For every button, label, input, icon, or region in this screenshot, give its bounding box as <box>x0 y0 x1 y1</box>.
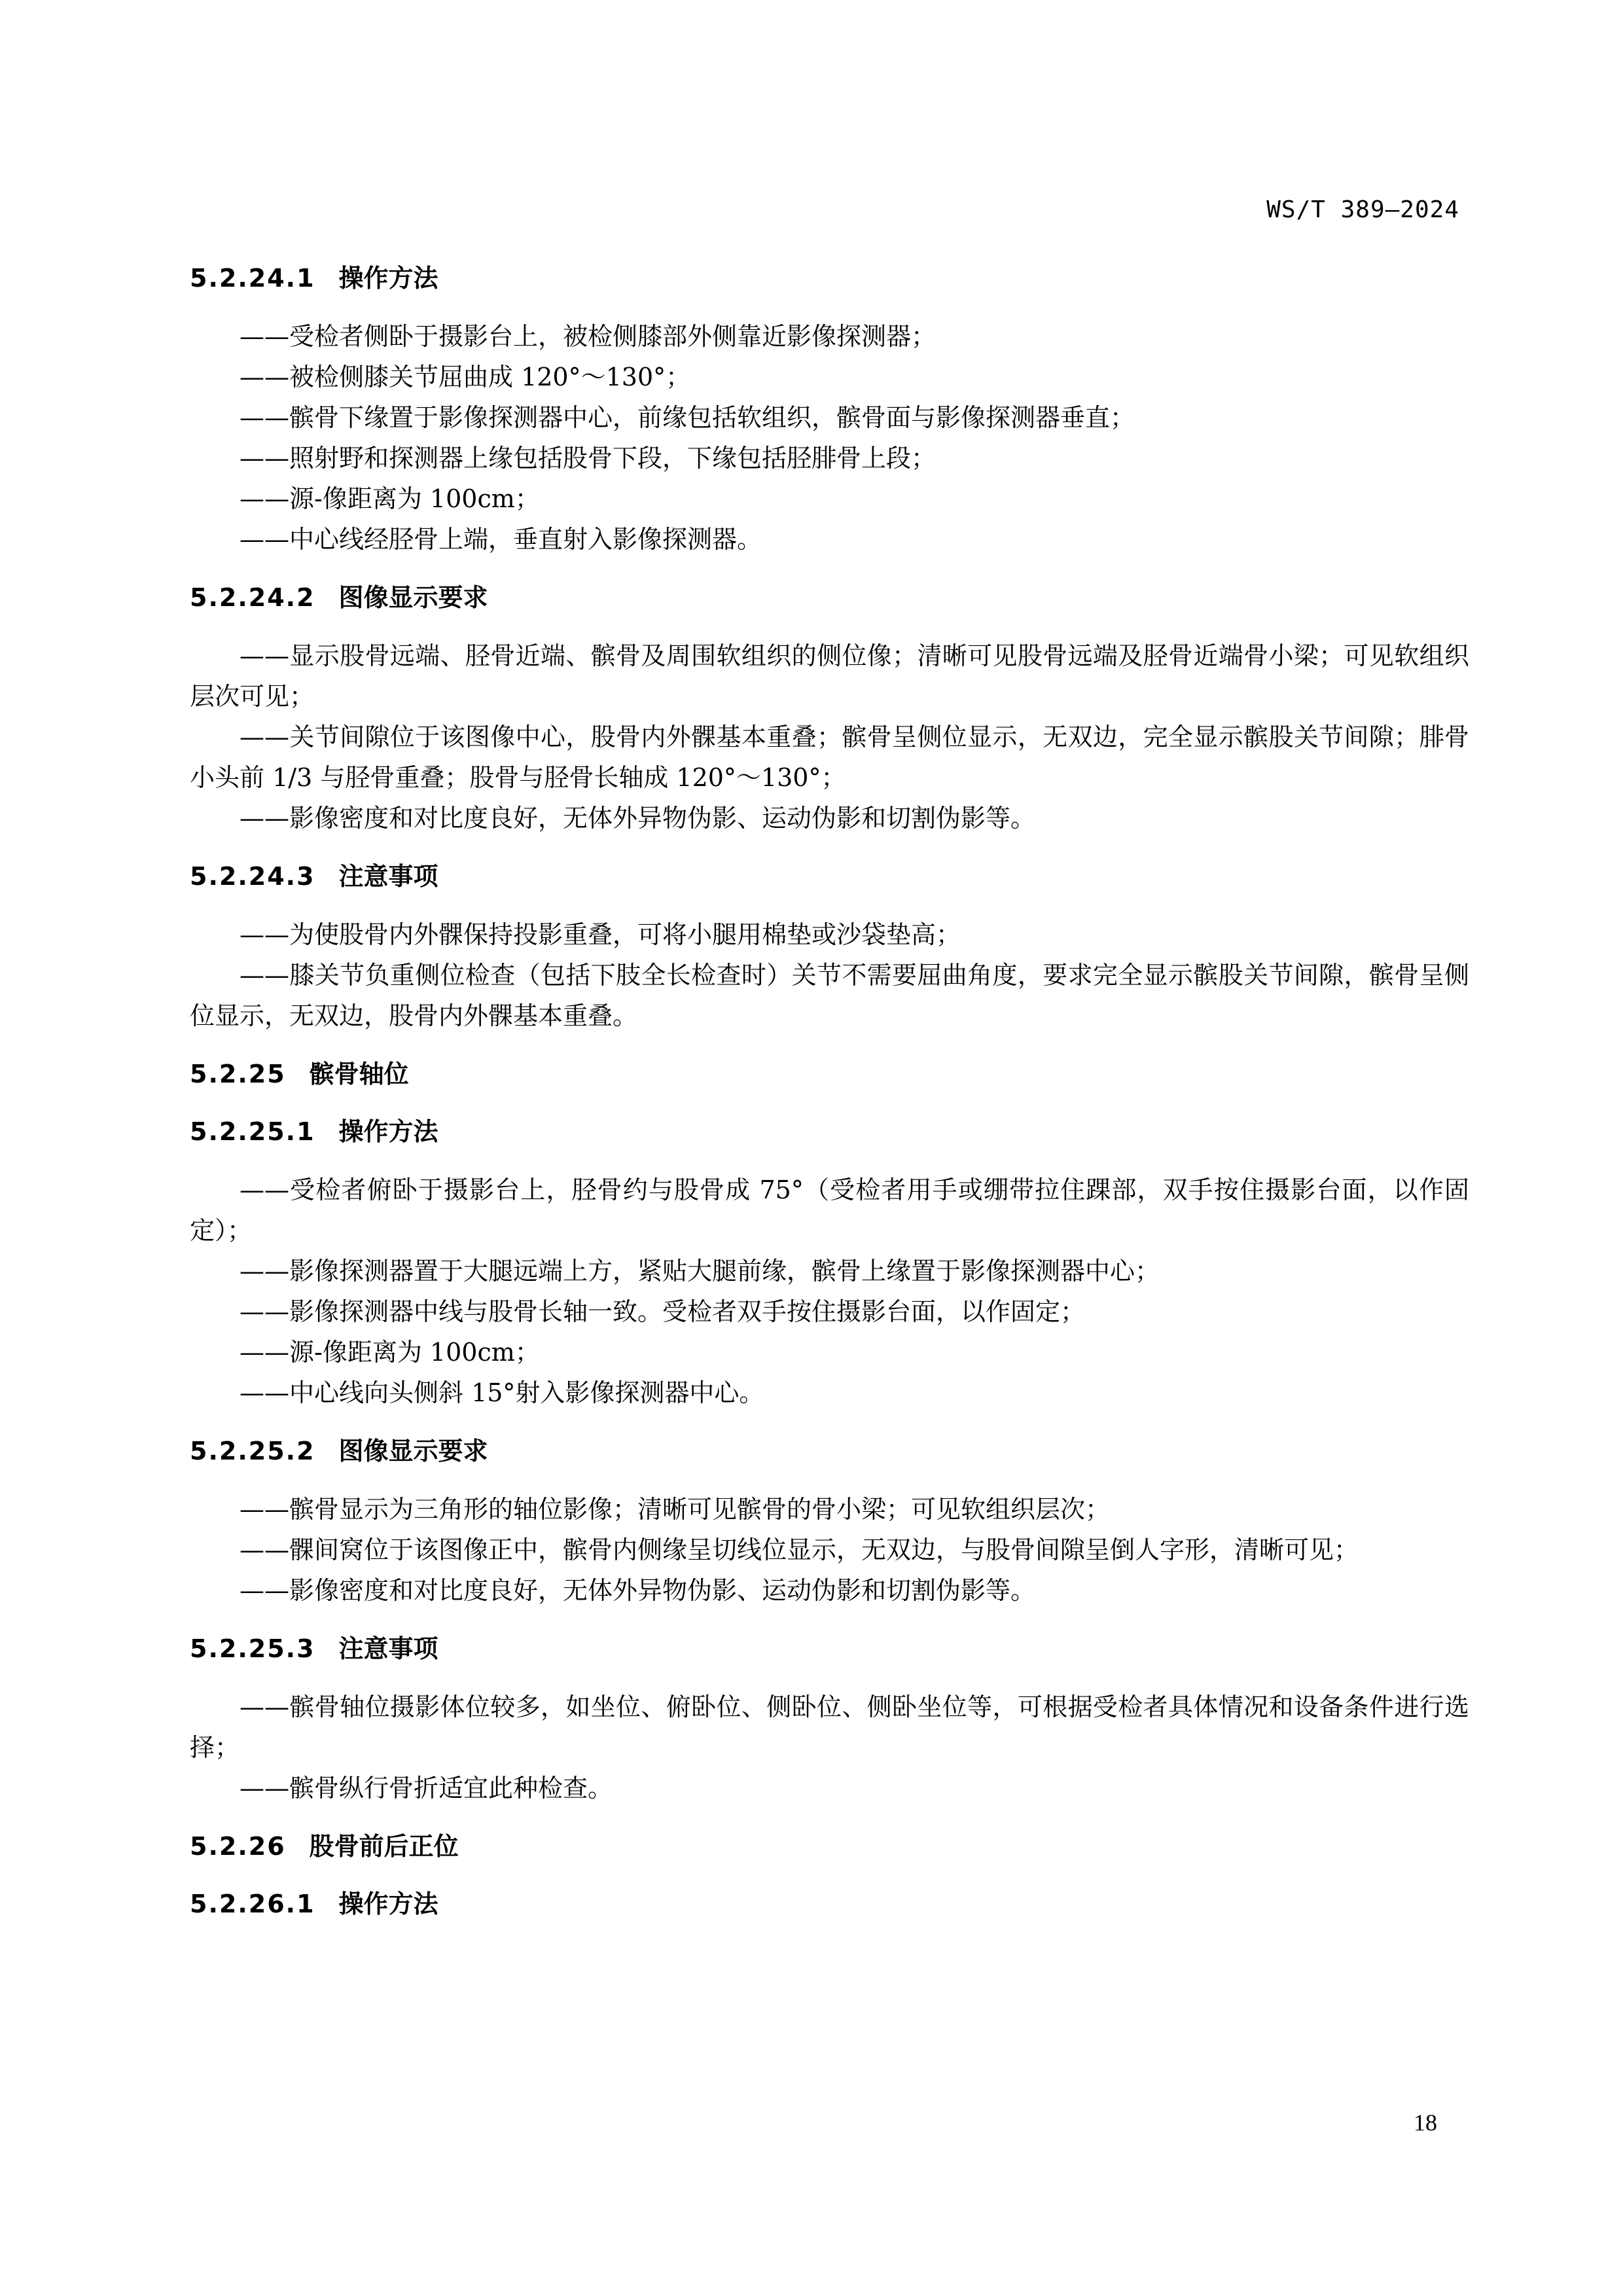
section-heading: 5.2.24.1 操作方法 <box>190 259 1469 298</box>
list-item: ——髁间窝位于该图像正中，髌骨内侧缘呈切线位显示，无双边，与股骨间隙呈倒人字形，… <box>190 1530 1469 1570</box>
list-item: ——膝关节负重侧位检查（包括下肢全长检查时）关节不需要屈曲角度，要求完全显示髌股… <box>190 955 1469 1036</box>
section-heading: 5.2.24.2 图像显示要求 <box>190 578 1469 617</box>
page-number: 18 <box>1414 2109 1437 2136</box>
list-item: ——关节间隙位于该图像中心，股骨内外髁基本重叠；髌骨呈侧位显示，无双边，完全显示… <box>190 717 1469 798</box>
section-title: 操作方法 <box>339 1884 438 1924</box>
list-item: ——显示股骨远端、胫骨近端、髌骨及周围软组织的侧位像；清晰可见股骨远端及胫骨近端… <box>190 636 1469 717</box>
list-item: ——影像探测器中线与股骨长轴一致。受检者双手按住摄影台面，以作固定； <box>190 1291 1469 1332</box>
section-title: 注意事项 <box>339 857 438 896</box>
section-title: 图像显示要求 <box>339 1431 488 1471</box>
document-body: 5.2.24.1 操作方法 ——受检者侧卧于摄影台上，被检侧膝部外侧靠近影像探测… <box>190 259 1469 1942</box>
list-item: ——被检侧膝关节屈曲成 120°～130°； <box>190 357 1469 397</box>
standard-code: WS/T 389—2024 <box>1266 196 1459 223</box>
list-item: ——髌骨下缘置于影像探测器中心，前缘包括软组织，髌骨面与影像探测器垂直； <box>190 397 1469 438</box>
item-list: ——为使股骨内外髁保持投影重叠，可将小腿用棉垫或沙袋垫高； ——膝关节负重侧位检… <box>190 914 1469 1036</box>
section-title: 髌骨轴位 <box>310 1054 409 1094</box>
section-heading: 5.2.26.1 操作方法 <box>190 1884 1469 1924</box>
section-5-2-25: 5.2.25 髌骨轴位 <box>190 1054 1469 1094</box>
section-number: 5.2.24.2 <box>190 578 315 617</box>
list-item: ——中心线向头侧斜 15°射入影像探测器中心。 <box>190 1372 1469 1413</box>
section-title: 图像显示要求 <box>339 578 488 617</box>
list-item: ——髌骨纵行骨折适宜此种检查。 <box>190 1768 1469 1808</box>
section-number: 5.2.25 <box>190 1054 286 1094</box>
list-item: ——照射野和探测器上缘包括股骨下段，下缘包括胫腓骨上段； <box>190 438 1469 478</box>
item-list: ——髌骨显示为三角形的轴位影像；清晰可见髌骨的骨小梁；可见软组织层次； ——髁间… <box>190 1489 1469 1611</box>
section-title: 注意事项 <box>339 1629 438 1668</box>
list-item: ——受检者侧卧于摄影台上，被检侧膝部外侧靠近影像探测器； <box>190 316 1469 357</box>
item-list: ——受检者侧卧于摄影台上，被检侧膝部外侧靠近影像探测器； ——被检侧膝关节屈曲成… <box>190 316 1469 560</box>
list-item: ——为使股骨内外髁保持投影重叠，可将小腿用棉垫或沙袋垫高； <box>190 914 1469 955</box>
list-item: ——中心线经胫骨上端，垂直射入影像探测器。 <box>190 519 1469 560</box>
list-item: ——髌骨显示为三角形的轴位影像；清晰可见髌骨的骨小梁；可见软组织层次； <box>190 1489 1469 1530</box>
section-title: 股骨前后正位 <box>310 1827 459 1866</box>
section-heading: 5.2.25.3 注意事项 <box>190 1629 1469 1668</box>
section-number: 5.2.26 <box>190 1827 286 1866</box>
list-item: ——影像密度和对比度良好，无体外异物伪影、运动伪影和切割伪影等。 <box>190 798 1469 838</box>
section-5-2-25-1: 5.2.25.1 操作方法 ——受检者俯卧于摄影台上，胫骨约与股骨成 75°（受… <box>190 1112 1469 1413</box>
section-number: 5.2.25.2 <box>190 1431 315 1471</box>
item-list: ——显示股骨远端、胫骨近端、髌骨及周围软组织的侧位像；清晰可见股骨远端及胫骨近端… <box>190 636 1469 838</box>
section-heading: 5.2.25 髌骨轴位 <box>190 1054 1469 1094</box>
list-item: ——髌骨轴位摄影体位较多，如坐位、俯卧位、侧卧位、侧卧坐位等，可根据受检者具体情… <box>190 1687 1469 1768</box>
section-5-2-25-2: 5.2.25.2 图像显示要求 ——髌骨显示为三角形的轴位影像；清晰可见髌骨的骨… <box>190 1431 1469 1611</box>
section-5-2-24-1: 5.2.24.1 操作方法 ——受检者侧卧于摄影台上，被检侧膝部外侧靠近影像探测… <box>190 259 1469 560</box>
section-5-2-24-2: 5.2.24.2 图像显示要求 ——显示股骨远端、胫骨近端、髌骨及周围软组织的侧… <box>190 578 1469 838</box>
section-5-2-24-3: 5.2.24.3 注意事项 ——为使股骨内外髁保持投影重叠，可将小腿用棉垫或沙袋… <box>190 857 1469 1036</box>
section-number: 5.2.25.3 <box>190 1629 315 1668</box>
list-item: ——影像密度和对比度良好，无体外异物伪影、运动伪影和切割伪影等。 <box>190 1570 1469 1611</box>
section-heading: 5.2.24.3 注意事项 <box>190 857 1469 896</box>
section-title: 操作方法 <box>339 1112 438 1151</box>
item-list: ——受检者俯卧于摄影台上，胫骨约与股骨成 75°（受检者用手或绷带拉住踝部，双手… <box>190 1170 1469 1413</box>
list-item: ——影像探测器置于大腿远端上方，紧贴大腿前缘，髌骨上缘置于影像探测器中心； <box>190 1251 1469 1291</box>
section-5-2-25-3: 5.2.25.3 注意事项 ——髌骨轴位摄影体位较多，如坐位、俯卧位、侧卧位、侧… <box>190 1629 1469 1808</box>
section-heading: 5.2.25.2 图像显示要求 <box>190 1431 1469 1471</box>
section-heading: 5.2.26 股骨前后正位 <box>190 1827 1469 1866</box>
section-heading: 5.2.25.1 操作方法 <box>190 1112 1469 1151</box>
section-title: 操作方法 <box>339 259 438 298</box>
section-number: 5.2.24.3 <box>190 857 315 896</box>
section-5-2-26-1: 5.2.26.1 操作方法 <box>190 1884 1469 1924</box>
section-number: 5.2.26.1 <box>190 1884 315 1924</box>
list-item: ——源-像距离为 100cm； <box>190 1332 1469 1372</box>
item-list: ——髌骨轴位摄影体位较多，如坐位、俯卧位、侧卧位、侧卧坐位等，可根据受检者具体情… <box>190 1687 1469 1808</box>
list-item: ——源-像距离为 100cm； <box>190 478 1469 519</box>
section-number: 5.2.25.1 <box>190 1112 315 1151</box>
section-number: 5.2.24.1 <box>190 259 315 298</box>
section-5-2-26: 5.2.26 股骨前后正位 <box>190 1827 1469 1866</box>
list-item: ——受检者俯卧于摄影台上，胫骨约与股骨成 75°（受检者用手或绷带拉住踝部，双手… <box>190 1170 1469 1251</box>
